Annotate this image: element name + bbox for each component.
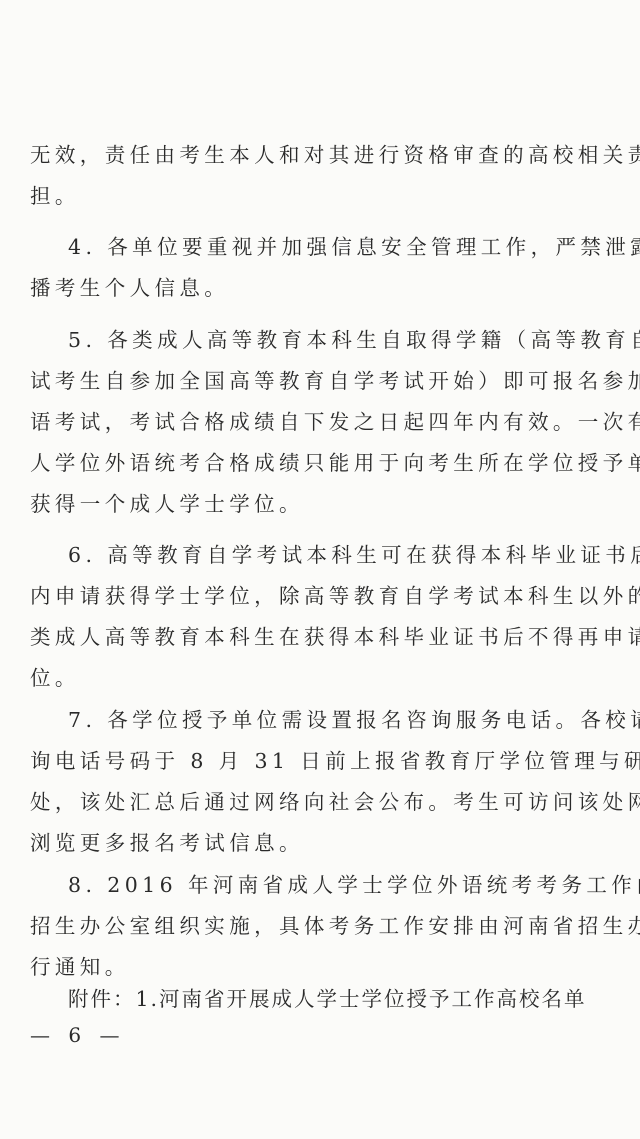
text-line: 内申请获得学士学位，除高等教育自学考试本科生以外的其他各 [30, 582, 615, 610]
text-line: 4. 各单位要重视并加强信息安全管理工作，严禁泄露、传 [68, 233, 640, 261]
text-line: 无效，责任由考生本人和对其进行资格审查的高校相关责任人承 [30, 141, 615, 169]
text-line: 询电话号码于 8 月 31 日前上报省教育厅学位管理与研究生教育 [30, 747, 615, 775]
text-line: 人学位外语统考合格成绩只能用于向考生所在学位授予单位申请 [30, 449, 615, 477]
text-line: 语考试，考试合格成绩自下发之日起四年内有效。一次有效的成 [30, 408, 615, 436]
document-page: 无效，责任由考生本人和对其进行资格审查的高校相关责任人承 担。 4. 各单位要重… [0, 0, 640, 1139]
text-line: 行通知。 [30, 953, 615, 981]
text-line: 处，该处汇总后通过网络向社会公布。考生可访问该处网站及时 [30, 788, 615, 816]
attachment-line: 附件：1.河南省开展成人学士学位授予工作高校名单 [68, 985, 640, 1013]
text-line: 5. 各类成人高等教育本科生自取得学籍（高等教育自学考 [68, 326, 640, 354]
text-line: 浏览更多报名考试信息。 [30, 829, 615, 857]
text-line: 招生办公室组织实施，具体考务工作安排由河南省招生办公室另 [30, 912, 615, 940]
text-line: 试考生自参加全国高等教育自学考试开始）即可报名参加学位外 [30, 367, 615, 395]
text-line: 6. 高等教育自学考试本科生可在获得本科毕业证书后一年 [68, 541, 640, 569]
text-line: 位。 [30, 664, 615, 692]
text-line: 类成人高等教育本科生在获得本科毕业证书后不得再申请学士学 [30, 623, 615, 651]
text-line: 获得一个成人学士学位。 [30, 490, 615, 518]
text-line: 担。 [30, 182, 615, 210]
text-line: 播考生个人信息。 [30, 274, 615, 302]
text-line: 7. 各学位授予单位需设置报名咨询服务电话。各校请将咨 [68, 706, 640, 734]
text-line: 8. 2016 年河南省成人学士学位外语统考考务工作由河南省 [68, 871, 640, 899]
page-number: — 6 — [30, 1023, 125, 1047]
